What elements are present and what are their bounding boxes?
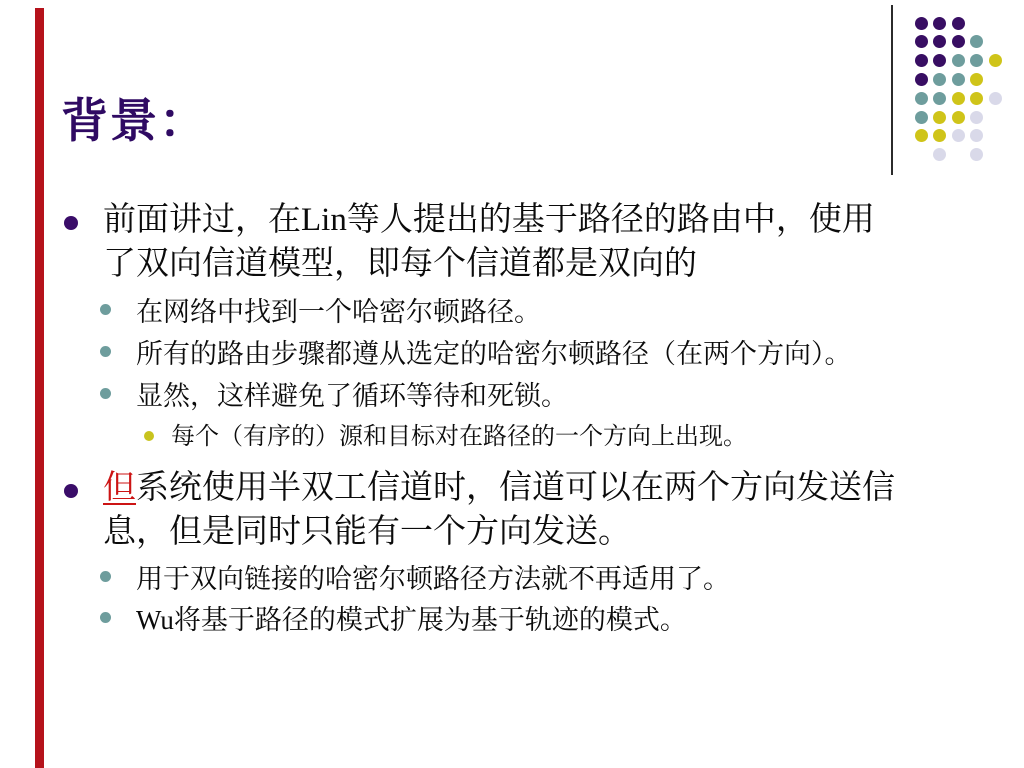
decoration-dot bbox=[970, 148, 983, 161]
bullet-marker-level3 bbox=[144, 431, 154, 441]
bullet1-line2: 了双向信道模型，即每个信道都是双向的 bbox=[103, 244, 697, 284]
decoration-dot bbox=[915, 111, 928, 124]
bullet2-line1-rest: 系统使用半双工信道时，信道可以在两个方向发送信 bbox=[136, 470, 895, 506]
red-highlight-text: 但 bbox=[103, 470, 136, 506]
decoration-dot bbox=[933, 111, 946, 124]
bullet2-line2: 息，但是同时只能有一个方向发送。 bbox=[103, 512, 631, 552]
decoration-vertical-line bbox=[891, 5, 893, 175]
decoration-dot bbox=[970, 111, 983, 124]
bullet1-subsub: 每个（有序的）源和目标对在路径的一个方向上出现。 bbox=[171, 422, 747, 452]
bullet1-sub3: 显然，这样避免了循环等待和死锁。 bbox=[136, 380, 568, 413]
decoration-dot bbox=[915, 17, 928, 30]
decoration-dot bbox=[989, 54, 1002, 67]
decoration-dot bbox=[952, 17, 965, 30]
decoration-dot bbox=[952, 54, 965, 67]
slide-title: 背景： bbox=[61, 84, 208, 151]
decoration-dot bbox=[989, 92, 1002, 105]
bullet-marker-level2 bbox=[100, 304, 111, 315]
bullet-marker-level1 bbox=[64, 216, 78, 230]
decoration-dot bbox=[952, 129, 965, 142]
decoration-dot bbox=[915, 92, 928, 105]
decoration-dot bbox=[970, 92, 983, 105]
decoration-dot bbox=[952, 92, 965, 105]
decoration-dot bbox=[970, 35, 983, 48]
decoration-dot bbox=[933, 129, 946, 142]
decoration-dot bbox=[970, 73, 983, 86]
bullet-marker-level2 bbox=[100, 346, 111, 357]
bullet1-sub1: 在网络中找到一个哈密尔顿路径。 bbox=[136, 296, 541, 329]
decoration-dot bbox=[933, 17, 946, 30]
bullet2-sub1: 用于双向链接的哈密尔顿路径方法就不再适用了。 bbox=[136, 563, 730, 596]
decoration-dot bbox=[933, 54, 946, 67]
bullet-marker-level2 bbox=[100, 388, 111, 399]
decoration-dot bbox=[933, 35, 946, 48]
decoration-dot bbox=[970, 54, 983, 67]
bullet1-line1: 前面讲过，在Lin等人提出的基于路径的路由中，使用 bbox=[103, 200, 875, 240]
decoration-dot bbox=[915, 35, 928, 48]
decoration-dot bbox=[933, 92, 946, 105]
bullet-marker-level1 bbox=[64, 484, 78, 498]
bullet2-line1: 但系统使用半双工信道时，信道可以在两个方向发送信 bbox=[103, 468, 895, 508]
left-accent-bar bbox=[35, 8, 44, 768]
bullet2-sub2: Wu将基于路径的模式扩展为基于轨迹的模式。 bbox=[136, 604, 687, 637]
decoration-dot bbox=[915, 129, 928, 142]
decoration-dot bbox=[915, 54, 928, 67]
decoration-dot bbox=[952, 73, 965, 86]
bullet-marker-level2 bbox=[100, 612, 111, 623]
bullet-marker-level2 bbox=[100, 571, 111, 582]
decoration-dot bbox=[952, 111, 965, 124]
decoration-dot bbox=[915, 73, 928, 86]
decoration-dot bbox=[933, 73, 946, 86]
decoration-dot bbox=[952, 35, 965, 48]
decoration-dot bbox=[933, 148, 946, 161]
decoration-dot bbox=[970, 129, 983, 142]
bullet1-sub2: 所有的路由步骤都遵从选定的哈密尔顿路径（在两个方向）。 bbox=[136, 338, 852, 371]
slide: 背景： 前面讲过，在Lin等人提出的基于路径的路由中，使用 了双向信道模型，即每… bbox=[0, 0, 1024, 768]
